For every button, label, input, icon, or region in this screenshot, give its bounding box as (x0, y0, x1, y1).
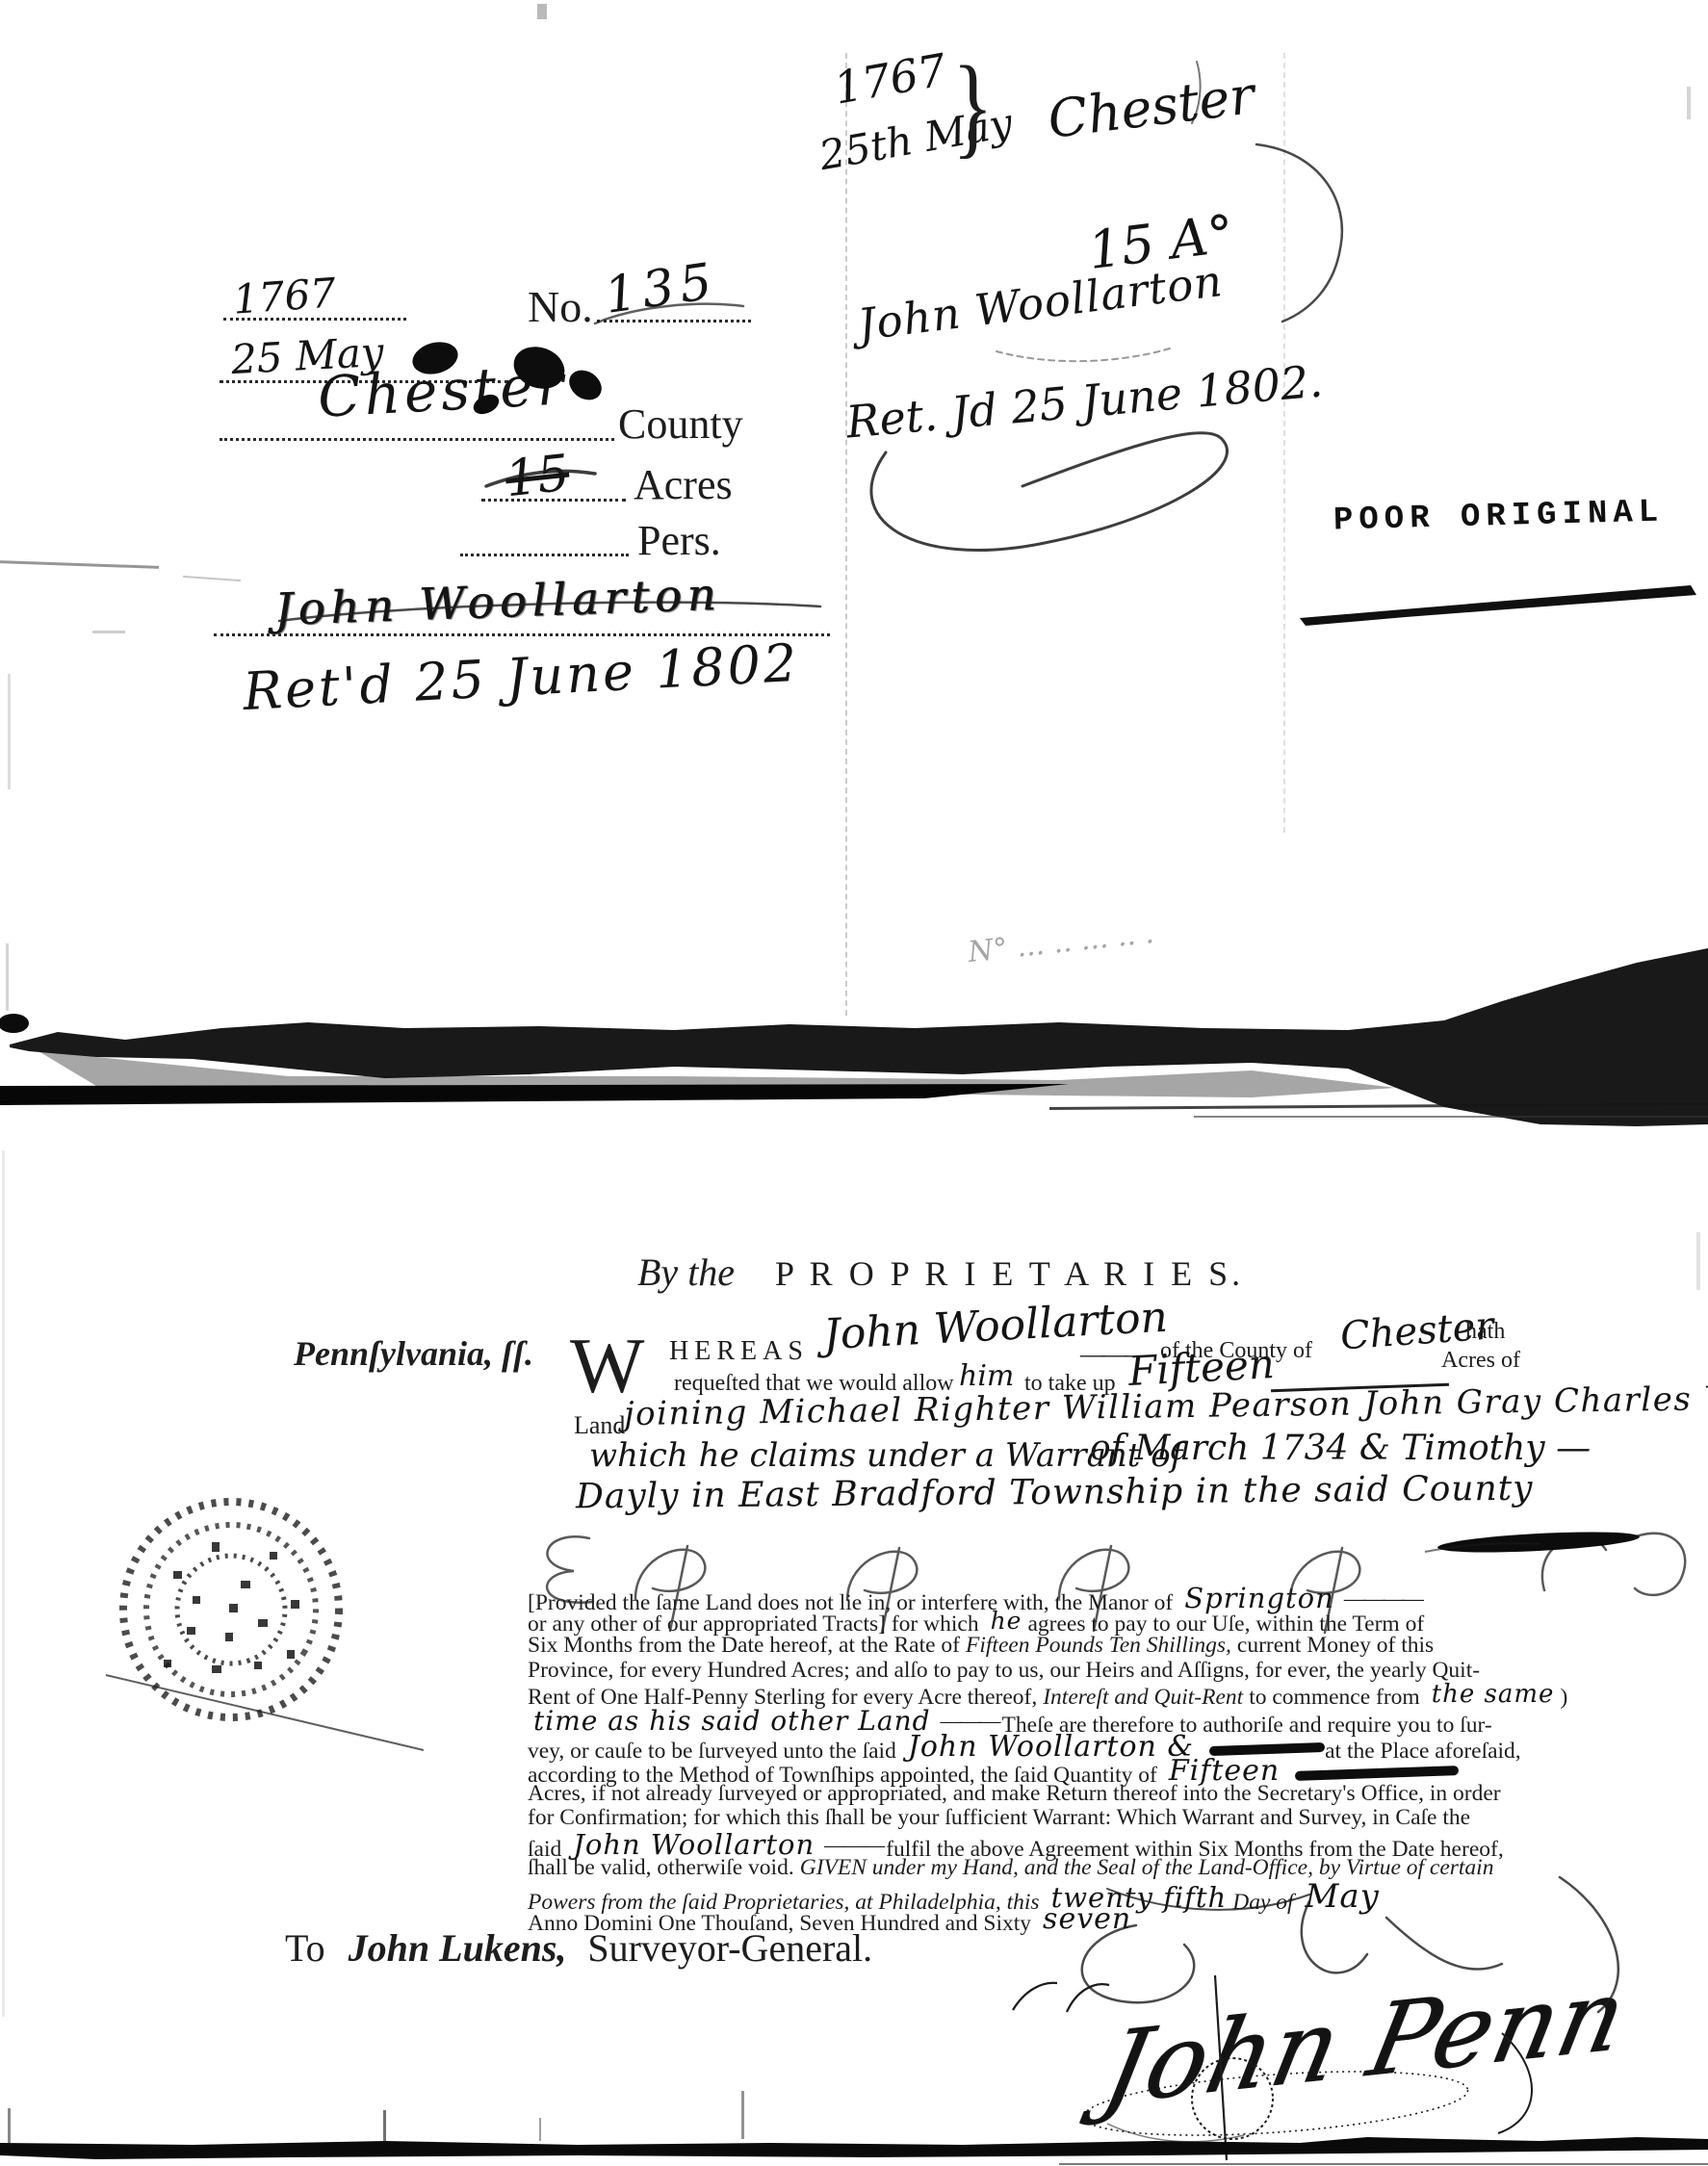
poor-original-stamp: POOR ORIGINAL (1333, 495, 1665, 540)
slip-left-edge (845, 53, 847, 1016)
docket-pers-label: Pers. (637, 516, 721, 565)
addressee-line: To John Lukens, Surveyor-General. (285, 1925, 872, 1971)
scan-speck (8, 674, 11, 789)
warrant-township: Dayly in East Bradford Township in the s… (576, 1469, 1534, 1517)
scanned-document-page: { "page": {"ink": "#1b1b1b", "background… (0, 0, 1708, 2166)
pen-dash: ———— (1340, 1586, 1425, 1611)
italic-printed-text: GIVEN under my Hand, and the Seal of the… (800, 1855, 1494, 1880)
slip-county: Chester (1045, 64, 1257, 150)
printed-text: Six Months from the Date hereof, at the … (528, 1633, 960, 1658)
scan-speck (1696, 1232, 1700, 1290)
signer-signature: John Penn (1094, 1956, 1636, 2128)
scan-speck (537, 4, 547, 19)
printed-text: ſhall be valid, otherwiſe void. (528, 1855, 794, 1880)
slip-returned: Ret. Jd 25 June 1802. (844, 354, 1325, 448)
leader-line (223, 318, 406, 321)
warrant-hath: hath (1465, 1319, 1505, 1345)
slip-year: 1767 (830, 43, 950, 115)
slip-right-edge (1283, 53, 1285, 833)
handwritten-text: seven (1037, 1902, 1137, 1936)
handwritten-text: the same (1426, 1680, 1561, 1709)
scan-speck (2, 1150, 5, 2017)
printed-text: Province, for every Hundred Acres; and a… (528, 1658, 1480, 1683)
warrant-body-line: Acres, if not already ſurveyed or approp… (528, 1781, 1592, 1806)
printed-text: Acres, if not already ſurveyed or approp… (528, 1781, 1501, 1806)
scan-speck (6, 943, 9, 1011)
docket-county-value: Chester (316, 351, 568, 429)
warrant-initial-w: W (570, 1327, 644, 1405)
warrant-body-line: Six Months from the Date hereof, at the … (528, 1633, 1592, 1658)
scan-speck (183, 576, 241, 581)
docket-county-label: County (618, 400, 743, 449)
pen-dash: ——— (820, 1833, 886, 1857)
warrant-body-line: time as his said other Land———Theſe are … (528, 1707, 1592, 1732)
printed-text: for Confirmation; for which this ſhall b… (528, 1805, 1470, 1830)
warrant-body-line: ſaidJohn Woollarton———fulfil the above A… (528, 1830, 1592, 1855)
surveyor-title: Surveyor-General. (587, 1926, 872, 1970)
leader-line (220, 438, 614, 441)
seal-stamp (116, 1494, 347, 1725)
warrant-body-line: Province, for every Hundred Acres; and a… (528, 1658, 1592, 1683)
warrant-body-line: for Confirmation; for which this ſhall b… (528, 1805, 1592, 1830)
handwritten-text: he (985, 1607, 1028, 1635)
italic-printed-text: Fifteen Pounds Ten Shillings, (966, 1633, 1231, 1658)
scan-speck (0, 560, 159, 569)
leader-line (481, 499, 626, 502)
seal-diagonal-line (106, 1675, 424, 1750)
warrant-date-claim: of March 1734 & Timothy — (1090, 1429, 1591, 1468)
scan-band-middle (0, 948, 1708, 1126)
scan-speck (92, 631, 125, 633)
docket-signature: John Woollarton (273, 568, 722, 635)
leader-line (460, 554, 629, 556)
slip-brace: } (952, 40, 993, 171)
warrant-him: him (959, 1359, 1014, 1393)
warrant-body-line: ſhall be valid, otherwiſe void.GIVEN und… (528, 1855, 1592, 1880)
warrant-acres-of: Acres of (1441, 1348, 1520, 1374)
addressee-to: To (285, 1926, 325, 1970)
slip-faint-note: N° ... .. ... .. . (967, 916, 1155, 969)
warrant-body: [Provided the ſame Land does not lie in,… (528, 1584, 1592, 1928)
scan-speck (1687, 87, 1691, 119)
warrant-whereas: HEREAS (669, 1336, 809, 1367)
warrant-body-line: Powers from the ſaid Proprietaries, at P… (528, 1879, 1592, 1904)
warrant-heading-main: P R O P R I E T A R I E S. (775, 1253, 1244, 1294)
warrant-body-line: according to the Method of Townſhips app… (528, 1756, 1592, 1781)
printed-text: current Money of this (1237, 1633, 1434, 1658)
slip-name: John Woollarton (855, 255, 1226, 350)
docket-no-label: No. (528, 281, 593, 332)
docket-no-value: 135 (601, 252, 720, 325)
warrant-sidenote: Pennſylvania, ſſ. (294, 1333, 533, 1374)
surveyor-name: John Lukens, (349, 1926, 567, 1970)
poor-original-streak (1300, 585, 1696, 626)
warrant-body-line: Rent of One Half-Penny Sterling for ever… (528, 1682, 1592, 1707)
warrant-heading-by: By the (637, 1250, 735, 1295)
docket-acres-label: Acres (634, 460, 733, 509)
warrant-body-line: or any other of our appropriated Tracts]… (528, 1609, 1592, 1634)
township-smear (1425, 1529, 1640, 1557)
docket-year: 1767 (231, 269, 337, 322)
warrant-body-line: [Provided the ſame Land does not lie in,… (528, 1584, 1592, 1609)
leader-line (597, 320, 751, 322)
bottom-streak (0, 2091, 1708, 2165)
warrant-body-line: vey, or cauſe to be ſurveyed unto the ſa… (528, 1732, 1592, 1757)
docket-returned: Ret'd 25 June 1802 (242, 632, 801, 722)
ink-smear (1295, 1766, 1459, 1781)
